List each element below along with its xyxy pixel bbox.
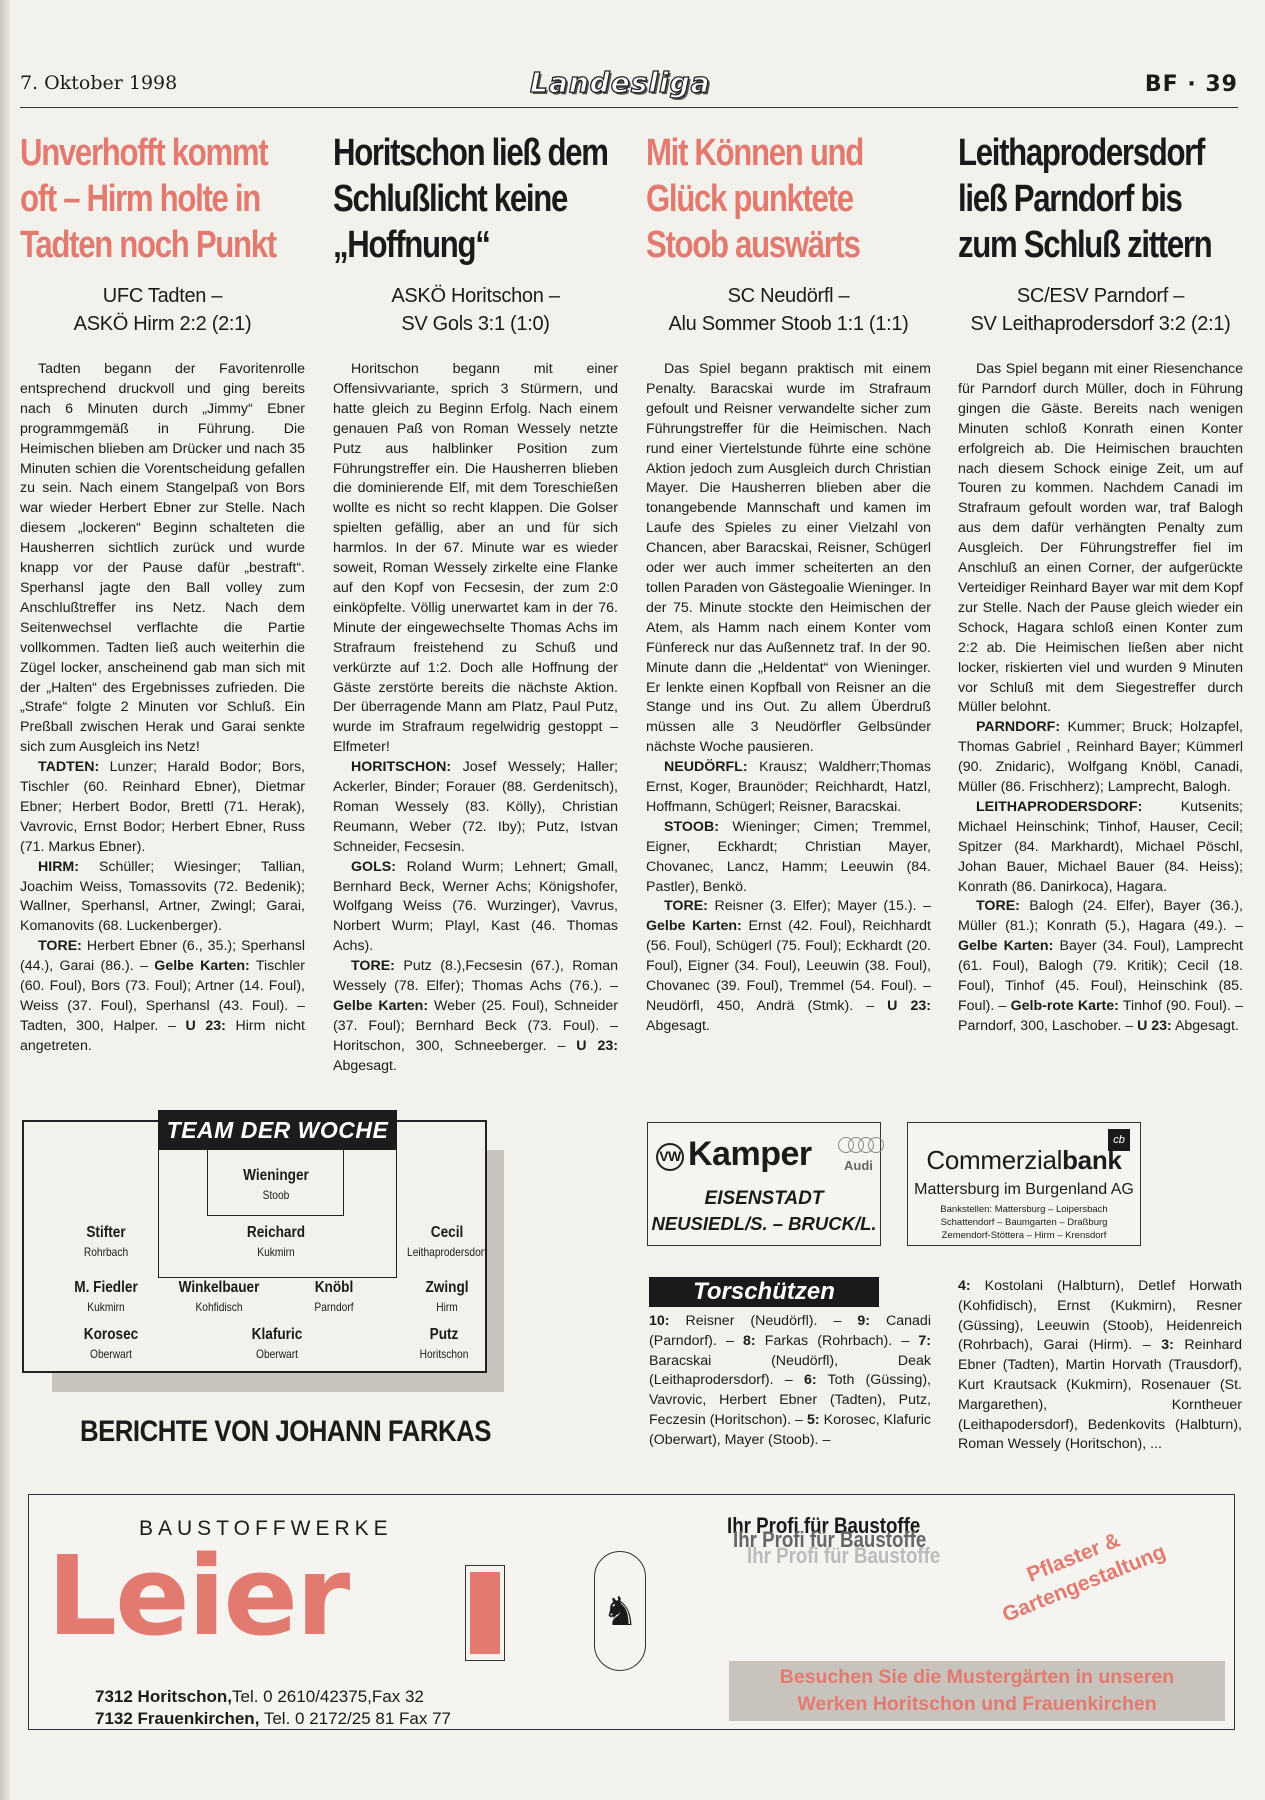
- team-of-week-title: TEAM DER WOCHE: [158, 1110, 397, 1150]
- bank-name: Commerzialbank: [908, 1145, 1140, 1176]
- section-title: Landesliga: [530, 66, 711, 99]
- slogan-echo-faint: Ihr Profi für Baustoffe: [747, 1543, 940, 1569]
- bank-subtitle: Mattersburg im Burgenland AG: [908, 1181, 1140, 1199]
- mustergaerten-banner: Besuchen Sie die Mustergärten in unseren…: [729, 1661, 1225, 1721]
- goals-cards: TORE: Putz (8.),Fecsesin (67.), Roman We…: [333, 957, 618, 1076]
- austrian-eagle-seal-icon: ♞: [594, 1551, 646, 1671]
- article-body: Tadten begann der Favoritenrolle entspre…: [20, 360, 305, 1057]
- lineup-home: TADTEN: Lunzer; Harald Bodor; Bors, Tisc…: [20, 758, 305, 858]
- leier-address-frauenkirchen: 7132 Frauenkirchen, Tel. 0 2172/25 81 Fa…: [95, 1709, 451, 1729]
- player: Putz Horitschon: [374, 1325, 514, 1363]
- audi-label: Audi: [844, 1158, 873, 1173]
- goals-cards: TORE: Balogh (24. Elfer), Bayer (36.), M…: [958, 897, 1243, 1036]
- headline: Leithaprodersdorf ließ Parndorf bis zum …: [958, 130, 1245, 268]
- article-neudoerfl-stoob: Mit Können und Glück punktete Stoob ausw…: [646, 130, 931, 1037]
- player: Reichard Kukmirn: [206, 1223, 346, 1261]
- report-text: Tadten begann der Favoritenrolle entspre…: [20, 360, 305, 758]
- top-scorers-list: 10: Reisner (Neudörfl). – 9: Canadi (Par…: [649, 1312, 931, 1451]
- ad-commerzialbank[interactable]: cb Commerzialbank Mattersburg im Burgenl…: [907, 1122, 1141, 1246]
- match-away-score: ASKÖ Hirm 2:2 (2:1): [20, 310, 305, 338]
- article-body: Horitschon begann mit einer Offensivvari…: [333, 360, 618, 1077]
- leier-logo: Leier: [47, 1541, 348, 1651]
- report-text: Horitschon begann mit einer Offensivvari…: [333, 360, 618, 758]
- match-result: UFC Tadten – ASKÖ Hirm 2:2 (2:1): [20, 282, 305, 338]
- player: Korosec Oberwart: [41, 1325, 181, 1363]
- match-result: SC Neudörfl – Alu Sommer Stoob 1:1 (1:1): [646, 282, 931, 338]
- player: Klafuric Oberwart: [207, 1325, 347, 1363]
- kamper-location-2: NEUSIEDL/S. – BRUCK/L.: [648, 1213, 880, 1235]
- player: Stifter Rohrbach: [36, 1223, 176, 1261]
- pflaster-label: Pflaster & Gartengestaltung: [976, 1508, 1182, 1635]
- player-goalkeeper: Wieninger Stoob: [206, 1166, 346, 1204]
- bank-branches: Bankstellen: Mattersburg – Loipersbach S…: [908, 1203, 1140, 1242]
- lineup-away: STOOB: Wieninger; Cimen; Tremmel, Eigner…: [646, 818, 931, 898]
- report-text: Das Spiel begann mit einer Riesenchance …: [958, 360, 1243, 718]
- byline: BERICHTE VON JOHANN FARKAS: [80, 1415, 491, 1449]
- vw-logo-icon: VW: [656, 1143, 684, 1171]
- top-scorers-title: Torschützen: [649, 1277, 879, 1307]
- goals-cards: TORE: Herbert Ebner (6., 35.); Sperhansl…: [20, 937, 305, 1056]
- match-home: UFC Tadten –: [20, 282, 305, 310]
- match-home: ASKÖ Horitschon –: [333, 282, 618, 310]
- article-parndorf-leithaprodersdorf: Leithaprodersdorf ließ Parndorf bis zum …: [958, 130, 1243, 1037]
- lineup-home: PARNDORF: Kummer; Bruck; Holzapfel, Thom…: [958, 718, 1243, 798]
- match-away-score: SV Gols 3:1 (1:0): [333, 310, 618, 338]
- match-home: SC/ESV Parndorf –: [958, 282, 1243, 310]
- goals-cards: TORE: Reisner (3. Elfer); Mayer (15.). –…: [646, 897, 931, 1036]
- match-away-score: Alu Sommer Stoob 1:1 (1:1): [646, 310, 931, 338]
- article-body: Das Spiel begann mit einer Riesenchance …: [958, 360, 1243, 1037]
- lineup-away: GOLS: Roland Wurm; Lehnert; Gmall, Bernh…: [333, 858, 618, 958]
- match-away-score: SV Leithaprodersdorf 3:2 (2:1): [958, 310, 1243, 338]
- team-of-week-box: TEAM DER WOCHE Wieninger Stoob Stifter R…: [22, 1120, 487, 1373]
- player: Cecil Leithaprodersdorf: [377, 1223, 517, 1261]
- match-home: SC Neudörfl –: [646, 282, 931, 310]
- page-header: 7. Oktober 1998 Landesliga BF · 39: [20, 68, 1238, 108]
- lineup-away: LEITHAPRODERSDORF: Kutsenits; Michael He…: [958, 798, 1243, 898]
- page-number: BF · 39: [1145, 72, 1238, 97]
- ad-kamper[interactable]: VWKamper Audi EISENSTADT NEUSIEDL/S. – B…: [647, 1122, 881, 1246]
- kamper-logo: VWKamper: [656, 1135, 812, 1174]
- top-scorers-list-continued: 4: Kostolani (Halbturn), Detlef Horwath …: [958, 1277, 1242, 1455]
- leier-mark-icon: [465, 1565, 505, 1661]
- player: Zwingl Hirm: [377, 1278, 517, 1316]
- issue-date: 7. Oktober 1998: [20, 72, 177, 94]
- page-edge: [0, 0, 10, 1800]
- match-result: ASKÖ Horitschon – SV Gols 3:1 (1:0): [333, 282, 618, 338]
- article-body: Das Spiel begann praktisch mit einem Pen…: [646, 360, 931, 1037]
- report-text: Das Spiel begann praktisch mit einem Pen…: [646, 360, 931, 758]
- article-horitschon-gols: Horitschon ließ dem Schlußlicht keine „H…: [333, 130, 618, 1077]
- lineup-home: HORITSCHON: Josef Wessely; Haller; Acker…: [333, 758, 618, 858]
- leier-address-horitschon: 7312 Horitschon,Tel. 0 2610/42375,Fax 32: [95, 1687, 424, 1707]
- headline: Unverhofft kommt oft – Hirm holte in Tad…: [20, 130, 307, 268]
- ad-leier-baustoffwerke[interactable]: BAUSTOFFWERKE Leier ♞ 7312 Horitschon,Te…: [28, 1494, 1235, 1730]
- audi-rings-icon: [838, 1137, 884, 1153]
- match-result: SC/ESV Parndorf – SV Leithaprodersdorf 3…: [958, 282, 1243, 338]
- headline: Mit Können und Glück punktete Stoob ausw…: [646, 130, 933, 268]
- lineup-away: HIRM: Schüller; Wiesinger; Tallian, Joac…: [20, 858, 305, 938]
- headline: Horitschon ließ dem Schlußlicht keine „H…: [333, 130, 620, 268]
- lineup-home: NEUDÖRFL: Krausz; Waldherr;Thomas Ernst,…: [646, 758, 931, 818]
- kamper-location-1: EISENSTADT: [648, 1188, 880, 1210]
- article-tadten-hirm: Unverhofft kommt oft – Hirm holte in Tad…: [20, 130, 305, 1057]
